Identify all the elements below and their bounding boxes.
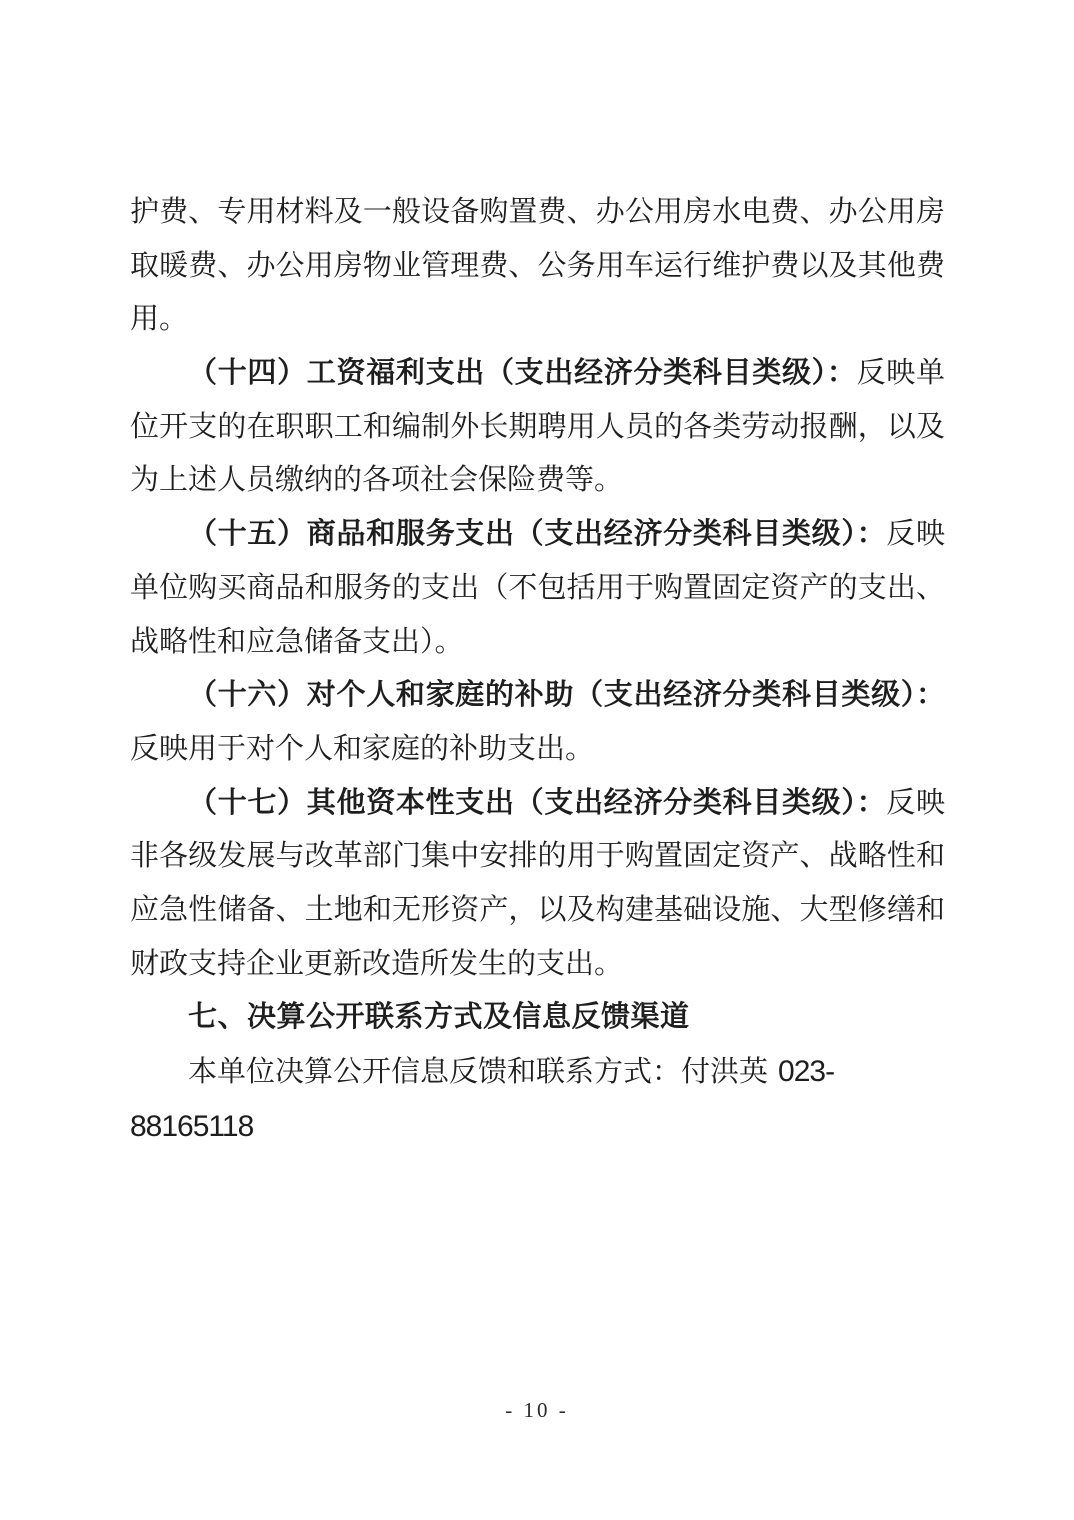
clause-14-lead-text: 反映单 (857, 357, 945, 389)
page-number: - 10 - (0, 1398, 1074, 1423)
clause-17-line-1: （十七）其他资本性支出（支出经济分类科目类级）：反映 (130, 777, 945, 831)
clause-14-line-2: 位开支的在职职工和编制外长期聘用人员的各类劳动报酬，以及 (130, 401, 945, 455)
document-page: 护费、专用材料及一般设备购置费、办公用房水电费、办公用房 取暖费、办公用房物业管… (0, 0, 1074, 1520)
clause-16-line-2: 反映用于对个人和家庭的补助支出。 (130, 723, 945, 777)
section-7-heading: 七、决算公开联系方式及信息反馈渠道 (188, 1001, 690, 1033)
text-block: 护费、专用材料及一般设备购置费、办公用房水电费、办公用房 取暖费、办公用房物业管… (130, 186, 945, 1099)
section-7-heading-line: 七、决算公开联系方式及信息反馈渠道 (130, 991, 945, 1045)
contact-line: 本单位决算公开信息反馈和联系方式：付洪英023-88165118 (130, 1045, 945, 1099)
clause-14-line-1: （十四）工资福利支出（支出经济分类科目类级）：反映单 (130, 347, 945, 401)
clause-15-line-3: 战略性和应急储备支出）。 (130, 616, 945, 670)
closing-paragraph-line-2: 取暖费、办公用房物业管理费、公务用车运行维护费以及其他费 (130, 240, 945, 294)
clause-14-line-3: 为上述人员缴纳的各项社会保险费等。 (130, 454, 945, 508)
clause-17-line-3: 应急性储备、土地和无形资产，以及构建基础设施、大型修缮和 (130, 884, 945, 938)
clause-17-line-2: 非各级发展与改革部门集中安排的用于购置固定资产、战略性和 (130, 830, 945, 884)
clause-15-lead-text: 反映 (886, 518, 945, 550)
clause-17-heading: （十七）其他资本性支出（支出经济分类科目类级）： (188, 787, 886, 819)
clause-16-line-1: （十六）对个人和家庭的补助（支出经济分类科目类级）： (130, 669, 945, 723)
clause-16-heading: （十六）对个人和家庭的补助（支出经济分类科目类级）： (188, 679, 945, 711)
clause-15-heading: （十五）商品和服务支出（支出经济分类科目类级）： (188, 518, 886, 550)
clause-14-heading: （十四）工资福利支出（支出经济分类科目类级）： (188, 357, 857, 389)
clause-15-line-2: 单位购买商品和服务的支出（不包括用于购置固定资产的支出、 (130, 562, 945, 616)
clause-17-lead-text: 反映 (886, 787, 945, 819)
contact-text: 本单位决算公开信息反馈和联系方式：付洪英 (188, 1056, 768, 1088)
clause-15-line-1: （十五）商品和服务支出（支出经济分类科目类级）：反映 (130, 508, 945, 562)
closing-paragraph-line-3: 用。 (130, 293, 945, 347)
closing-paragraph-line-1: 护费、专用材料及一般设备购置费、办公用房水电费、办公用房 (130, 186, 945, 240)
clause-17-line-4: 财政支持企业更新改造所发生的支出。 (130, 938, 945, 992)
